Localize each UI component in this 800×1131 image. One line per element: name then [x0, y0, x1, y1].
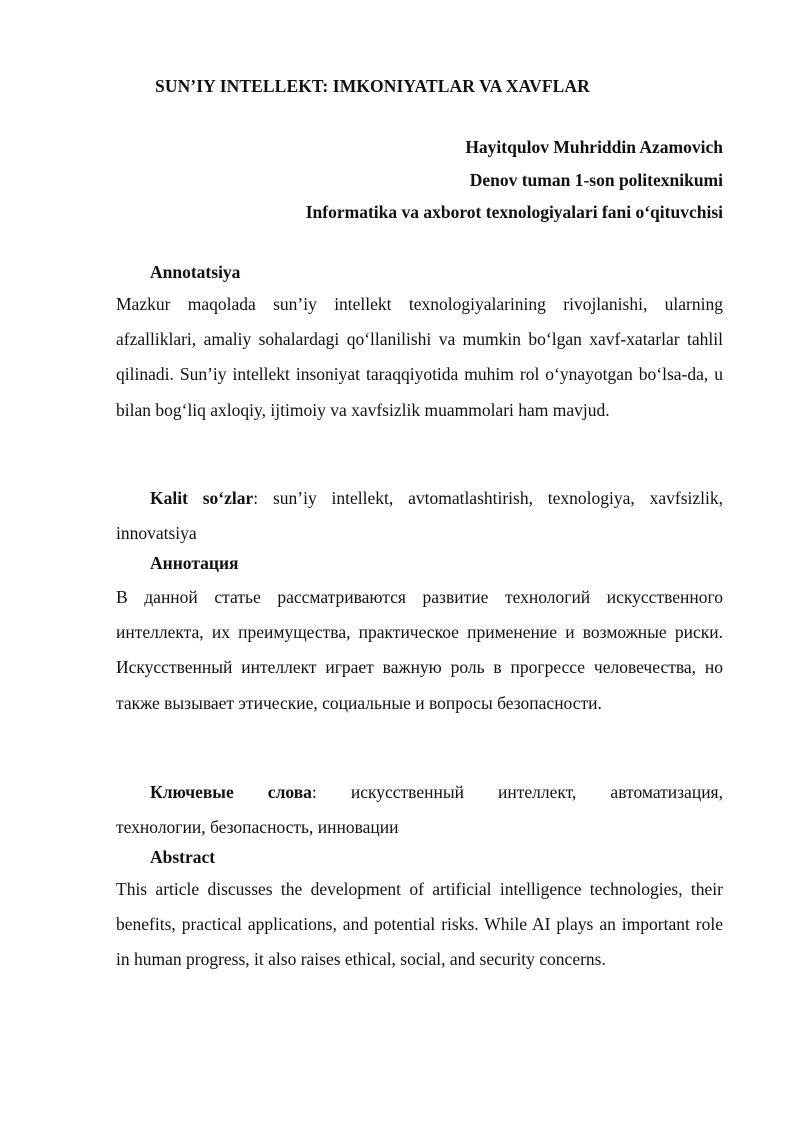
- author-position: Informatika va axborot texnologiyalari f…: [306, 196, 723, 229]
- ru-keywords-list: : искусственный интеллект, автоматизация…: [312, 782, 723, 802]
- author-block: Hayitqulov Muhriddin Azamovich Denov tum…: [306, 131, 723, 229]
- en-abstract-body: This article discusses the development o…: [116, 872, 723, 978]
- uz-abstract-body: Mazkur maqolada sun’iy intellekt texnolo…: [116, 287, 723, 428]
- document-page: SUN’IY INTELLEKT: IMKONIYATLAR VA XAVFLA…: [0, 0, 800, 1131]
- uz-keywords-cont: innovatsiya: [116, 523, 197, 543]
- en-abstract-heading: Abstract: [150, 847, 215, 868]
- ru-keywords-cont: технологии, безопасность, инновации: [116, 817, 399, 837]
- uz-abstract-heading: Annotatsiya: [150, 262, 240, 283]
- ru-keywords: Ключевые слова: искусственный интеллект,…: [116, 775, 723, 845]
- uz-keywords: Kalit so‘zlar: sun’iy intellekt, avtomat…: [116, 481, 723, 551]
- author-name: Hayitqulov Muhriddin Azamovich: [306, 131, 723, 164]
- ru-abstract-heading: Аннотация: [150, 553, 239, 574]
- uz-keywords-label: Kalit so‘zlar: [150, 488, 253, 508]
- ru-abstract-body: В данной статье рассматриваются развитие…: [116, 580, 723, 721]
- paper-title: SUN’IY INTELLEKT: IMKONIYATLAR VA XAVFLA…: [155, 76, 590, 97]
- author-institution: Denov tuman 1-son politexnikumi: [306, 164, 723, 197]
- ru-keywords-label: Ключевые слова: [150, 782, 312, 802]
- uz-keywords-list: : sun’iy intellekt, avtomatlashtirish, t…: [253, 488, 723, 508]
